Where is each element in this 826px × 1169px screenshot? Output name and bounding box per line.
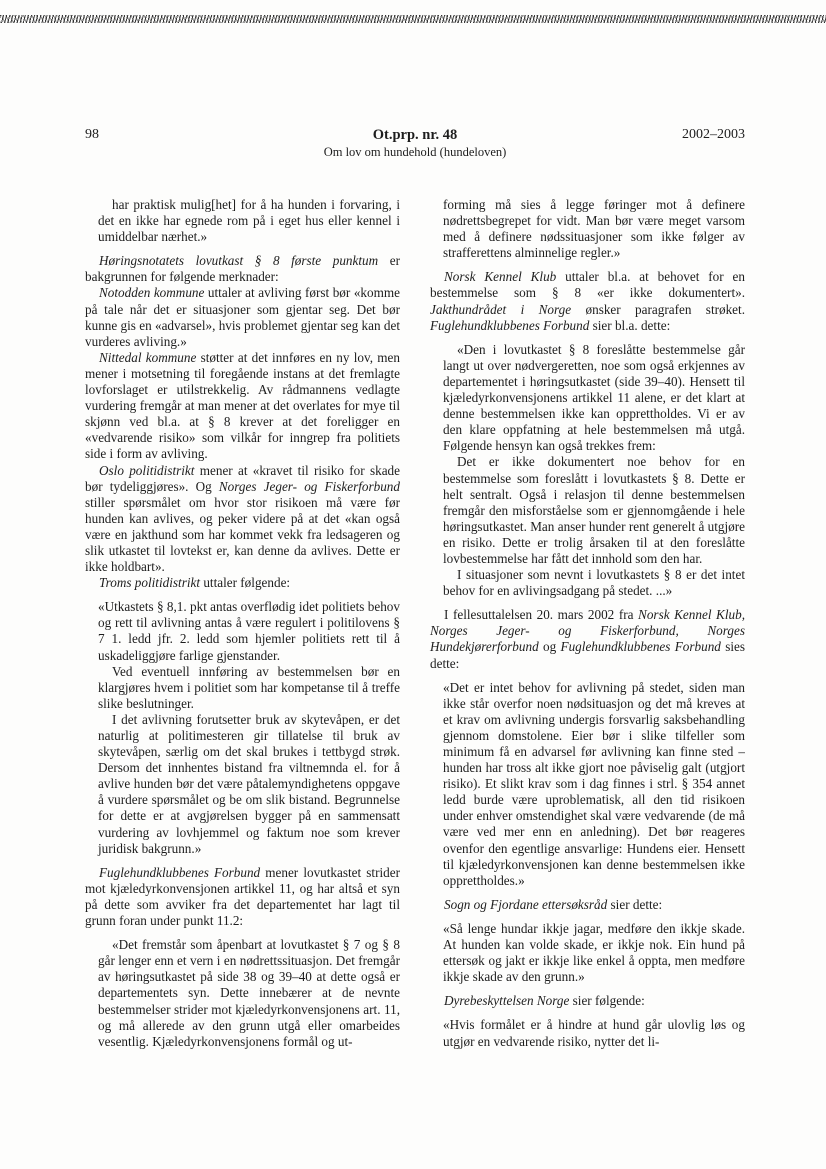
italic-text-run: Nittedal kommune (99, 350, 196, 365)
quote-paragraph: «Hvis formålet er å hindre at hund går u… (443, 1017, 745, 1049)
italic-text-run: Oslo politidistrikt (99, 463, 194, 478)
italic-text-run: Norsk Kennel Klub (444, 269, 556, 284)
text-run: «Den i lovutkastet § 8 foreslåtte bestem… (443, 342, 745, 454)
text-run: forming må sies å legge føringer mot å d… (443, 197, 745, 260)
quote-block: «Utkastets § 8,1. pkt antas overflødig i… (85, 599, 400, 857)
quote-paragraph: «Utkastets § 8,1. pkt antas overflødig i… (98, 599, 400, 663)
quote-paragraph: har praktisk mulig[het] for å ha hunden … (98, 197, 400, 245)
paragraph: Nittedal kommune støtter at det innføres… (85, 350, 400, 463)
quote-paragraph: I det avlivning forutsetter bruk av skyt… (98, 712, 400, 857)
text-run: uttaler følgende: (200, 575, 290, 590)
paragraph: Notodden kommune uttaler at avliving før… (85, 285, 400, 349)
italic-text-run: Fuglehundklubbenes Forbund (561, 639, 721, 654)
page-header: 98 Ot.prp. nr. 48 Om lov om hundehold (h… (85, 127, 745, 160)
document-page: 98 Ot.prp. nr. 48 Om lov om hundehold (h… (0, 0, 826, 1169)
text-run: ønsker paragrafen strøket. (571, 302, 745, 317)
italic-text-run: Høringsnotatets lovutkast § 8 første pun… (99, 253, 378, 268)
paragraph: I fellesuttalelsen 20. mars 2002 fra Nor… (430, 607, 745, 671)
paragraph: Oslo politidistrikt mener at «kravet til… (85, 463, 400, 576)
quote-paragraph: Ved eventuell innføring av bestemmelsen … (98, 664, 400, 712)
quote-paragraph: «Den i lovutkastet § 8 foreslåtte bestem… (443, 342, 745, 455)
text-run: «Hvis formålet er å hindre at hund går u… (443, 1017, 745, 1048)
italic-text-run: Fuglehundklubbenes Forbund (99, 865, 260, 880)
text-run: har praktisk mulig[het] for å ha hunden … (98, 197, 400, 244)
quote-block: «Det fremstår som åpenbart at lovutkaste… (85, 937, 400, 1050)
text-run: I situasjoner som nevnt i lovutkastets §… (443, 567, 745, 598)
text-run: stiller spørsmålet om hvor stor risikoen… (85, 495, 400, 574)
quote-block: «Hvis formålet er å hindre at hund går u… (430, 1017, 745, 1049)
page-number: 98 (85, 127, 99, 143)
quote-paragraph: «Det fremstår som åpenbart at lovutkaste… (98, 937, 400, 1050)
italic-text-run: Jakthundrådet i Norge (430, 302, 571, 317)
quote-paragraph: Det er ikke dokumentert noe behov for en… (443, 454, 745, 567)
text-columns: har praktisk mulig[het] for å ha hunden … (85, 189, 745, 1169)
italic-text-run: Sogn og Fjordane ettersøksråd (444, 897, 607, 912)
quote-paragraph: «Så lenge hundar ikkje jagar, medføre de… (443, 921, 745, 985)
text-run: «Utkastets § 8,1. pkt antas overflødig i… (98, 599, 400, 662)
text-run: «Det er intet behov for avlivning på ste… (443, 680, 745, 888)
document-subtitle: Om lov om hundehold (hundeloven) (324, 145, 507, 160)
quote-block: «Så lenge hundar ikkje jagar, medføre de… (430, 921, 745, 985)
paragraph: Sogn og Fjordane ettersøksråd sier dette… (430, 897, 745, 913)
scan-edge-hatch (0, 15, 826, 23)
text-run: sier bl.a. dette: (589, 318, 670, 333)
text-run: og (539, 639, 561, 654)
document-title: Ot.prp. nr. 48 (324, 127, 507, 143)
paragraph: Dyrebeskyttelsen Norge sier følgende: (430, 993, 745, 1009)
paragraph: Høringsnotatets lovutkast § 8 første pun… (85, 253, 400, 285)
quote-paragraph: I situasjoner som nevnt i lovutkastets §… (443, 567, 745, 599)
text-run: Ved eventuell innføring av bestemmelsen … (98, 664, 400, 711)
left-column: har praktisk mulig[het] for å ha hunden … (85, 189, 400, 1169)
session-years: 2002–2003 (682, 127, 745, 143)
quote-block: har praktisk mulig[het] for å ha hunden … (85, 197, 400, 245)
text-run: I det avlivning forutsetter bruk av skyt… (98, 712, 400, 856)
paragraph: Troms politidistrikt uttaler følgende: (85, 575, 400, 591)
italic-text-run: Notodden kommune (99, 285, 204, 300)
paragraph: Fuglehundklubbenes Forbund mener lovutka… (85, 865, 400, 929)
text-run: I fellesuttalelsen 20. mars 2002 fra (444, 607, 638, 622)
quote-block: «Den i lovutkastet § 8 foreslåtte bestem… (430, 342, 745, 600)
quote-block: forming må sies å legge føringer mot å d… (430, 197, 745, 261)
quote-block: «Det er intet behov for avlivning på ste… (430, 680, 745, 889)
text-run: sier dette: (607, 897, 662, 912)
right-column: forming må sies å legge føringer mot å d… (430, 189, 745, 1169)
italic-text-run: Dyrebeskyttelsen Norge (444, 993, 569, 1008)
italic-text-run: Troms politidistrikt (99, 575, 200, 590)
italic-text-run: Norges Jeger- og Fiskerforbund (219, 479, 400, 494)
title-block: Ot.prp. nr. 48 Om lov om hundehold (hund… (324, 127, 507, 160)
text-run: Det er ikke dokumentert noe behov for en… (443, 454, 745, 566)
paragraph: Norsk Kennel Klub uttaler bl.a. at behov… (430, 269, 745, 333)
text-run: «Så lenge hundar ikkje jagar, medføre de… (443, 921, 745, 984)
text-run: «Det fremstår som åpenbart at lovutkaste… (98, 937, 400, 1049)
quote-paragraph: forming må sies å legge føringer mot å d… (443, 197, 745, 261)
quote-paragraph: «Det er intet behov for avlivning på ste… (443, 680, 745, 889)
text-run: støtter at det innføres en ny lov, men m… (85, 350, 400, 462)
text-run: sier følgende: (569, 993, 644, 1008)
italic-text-run: Fuglehundklubbenes Forbund (430, 318, 589, 333)
